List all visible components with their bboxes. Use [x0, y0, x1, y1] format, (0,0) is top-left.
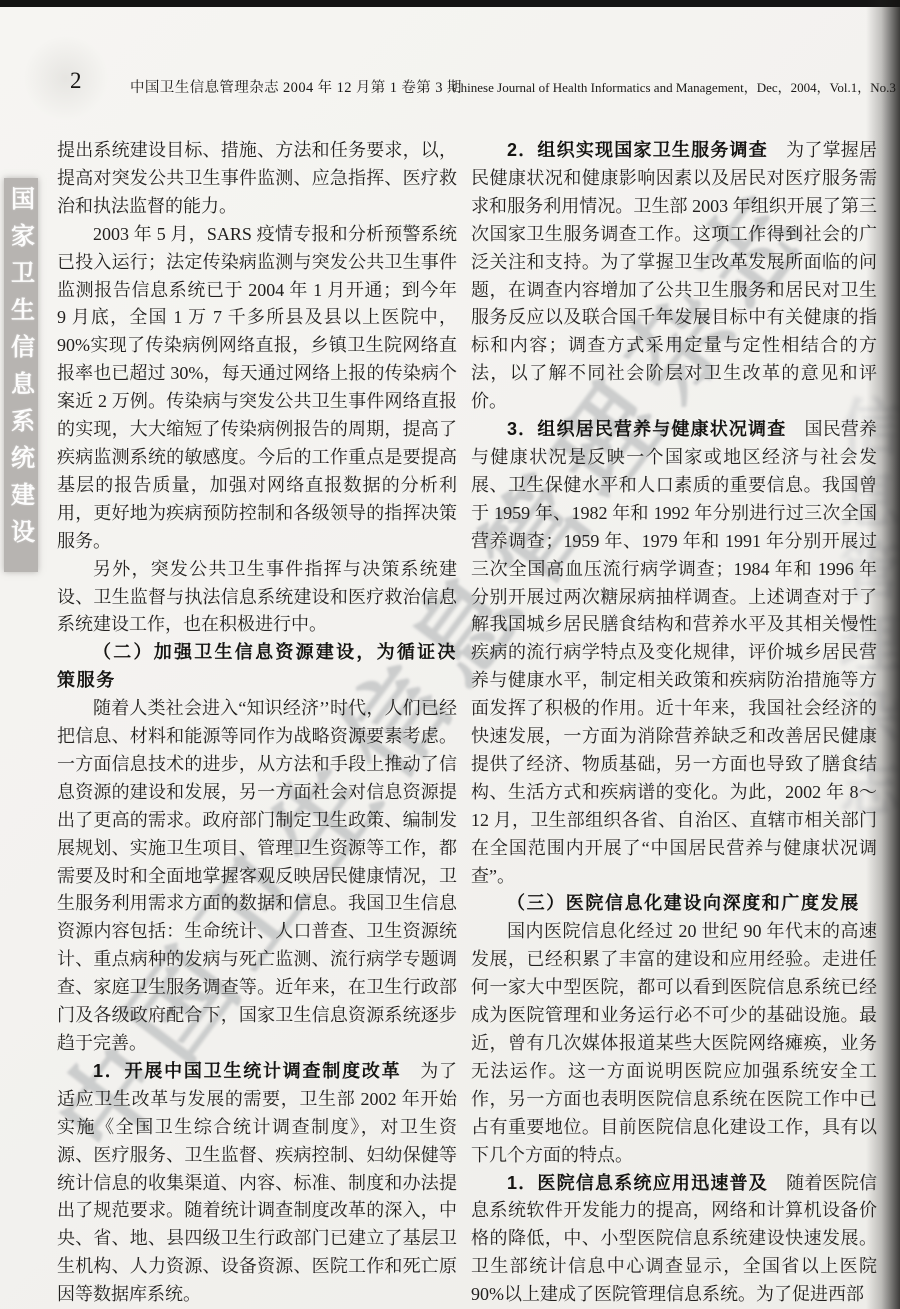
left-column: 提出系统建设目标、措施、方法和任务要求，以，提高对突发公共卫生事件监测、应急指挥… — [57, 137, 457, 1309]
journal-page: 中国卫生信息管理杂志 信息管理杂志 2 中国卫生信息管理杂志 2004 年 12… — [0, 0, 900, 1309]
margin-banner: 国家卫生信息系统建设 — [4, 178, 38, 572]
paragraph: 1．医院信息系统应用迅速普及 随着医院信息系统软件开发能力的提高，网络和计算机设… — [471, 1170, 877, 1309]
section-heading: （二）加强卫生信息资源建设，为循证决策服务 — [57, 639, 457, 695]
section-heading: （三）医院信息化建设向深度和广度发展 — [471, 890, 877, 918]
page-number: 2 — [70, 68, 83, 94]
paragraph: 提出系统建设目标、措施、方法和任务要求，以，提高对突发公共卫生事件监测、应急指挥… — [57, 137, 457, 221]
run-in-heading: 2．组织实现国家卫生服务调查 — [507, 140, 768, 160]
run-in-heading: 1．医院信息系统应用迅速普及 — [507, 1173, 768, 1193]
run-in-heading: 1．开展中国卫生统计调查制度改革 — [93, 1061, 401, 1081]
margin-banner-text: 国家卫生信息系统建设 — [4, 186, 39, 572]
paragraph: 国内医院信息化经过 20 世纪 90 年代末的高速发展，已经积累了丰富的建设和应… — [471, 918, 877, 1169]
scan-right-shadow — [866, 0, 900, 1309]
paragraph: 1．开展中国卫生统计调查制度改革 为了适应卫生改革与发展的需要，卫生部 2002… — [57, 1058, 457, 1309]
scan-top-edge — [0, 0, 900, 7]
right-column: 2．组织实现国家卫生服务调查 为了掌握居民健康状况和健康影响因素以及居民对医疗服… — [471, 137, 877, 1309]
paragraph: 3．组织居民营养与健康状况调查 国民营养与健康状况是反映一个国家或地区经济与社会… — [471, 416, 877, 890]
paragraph: 随着人类社会进入“知识经济’’时代，人们已经把信息、材料和能源等同作为战略资源要… — [57, 695, 457, 1058]
paragraph: 2．组织实现国家卫生服务调查 为了掌握居民健康状况和健康影响因素以及居民对医疗服… — [471, 137, 877, 416]
journal-title-cn: 中国卫生信息管理杂志 2004 年 12 月第 1 卷第 3 期 — [130, 76, 462, 97]
paragraph: 2003 年 5 月，SARS 疫情专报和分析预警系统已投入运行；法定传染病监测… — [57, 221, 457, 556]
journal-title-en: Chinese Journal of Health Informatics an… — [452, 77, 896, 96]
paragraph: 另外，突发公共卫生事件指挥与决策系统建设、卫生监督与执法信息系统建设和医疗救治信… — [57, 556, 457, 640]
run-in-heading: 3．组织居民营养与健康状况调查 — [507, 419, 786, 439]
scan-smudge — [6, 18, 126, 138]
